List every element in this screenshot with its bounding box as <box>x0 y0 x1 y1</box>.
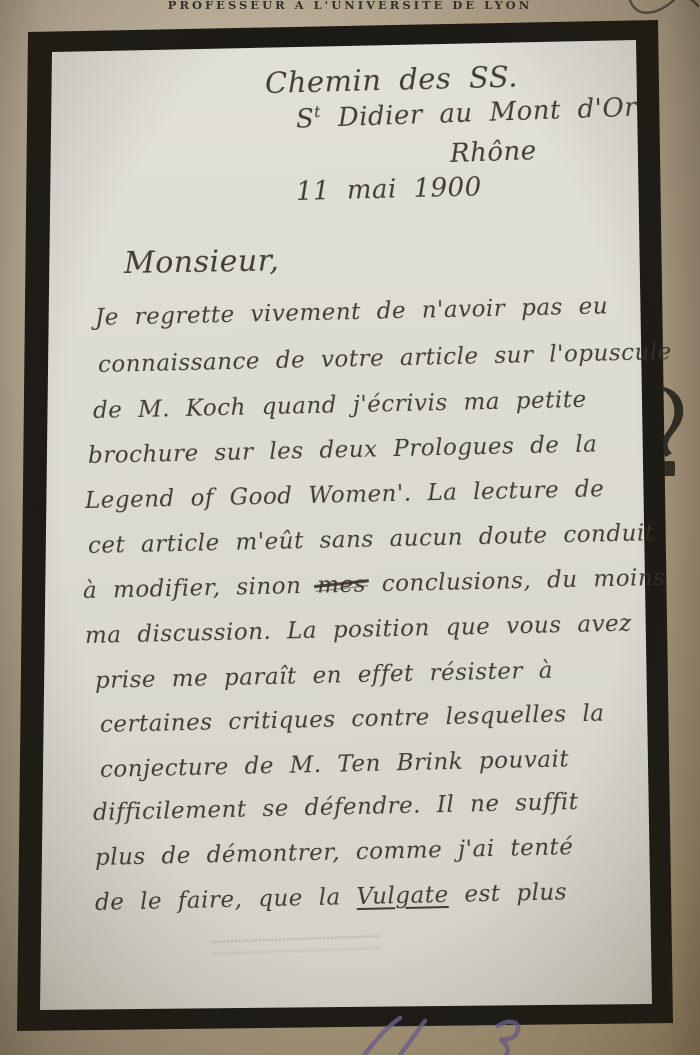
address-line-region: Rhône <box>449 136 537 169</box>
letter-date: 11 mai 1900 <box>296 172 482 207</box>
pencil-mark <box>330 1016 560 1055</box>
line14-post: est plus <box>448 879 567 908</box>
salutation: Monsieur, <box>124 243 280 281</box>
printed-letterhead: PROFESSEUR A L'UNIVERSITÉ DE LYON <box>0 0 700 12</box>
ink-blot-mark <box>650 385 692 480</box>
letter-photograph: PROFESSEUR A L'UNIVERSITÉ DE LYON Chemin… <box>0 0 700 1055</box>
address-town-pre: S <box>295 104 314 135</box>
pen-flourish-mark <box>612 0 700 24</box>
address-line-street: Chemin des SS. <box>265 59 519 100</box>
line7-corrected-word: mes <box>317 572 366 599</box>
line14-underlined-word: Vulgate <box>356 882 449 910</box>
line7-pre: à modifier, sinon <box>83 573 318 604</box>
